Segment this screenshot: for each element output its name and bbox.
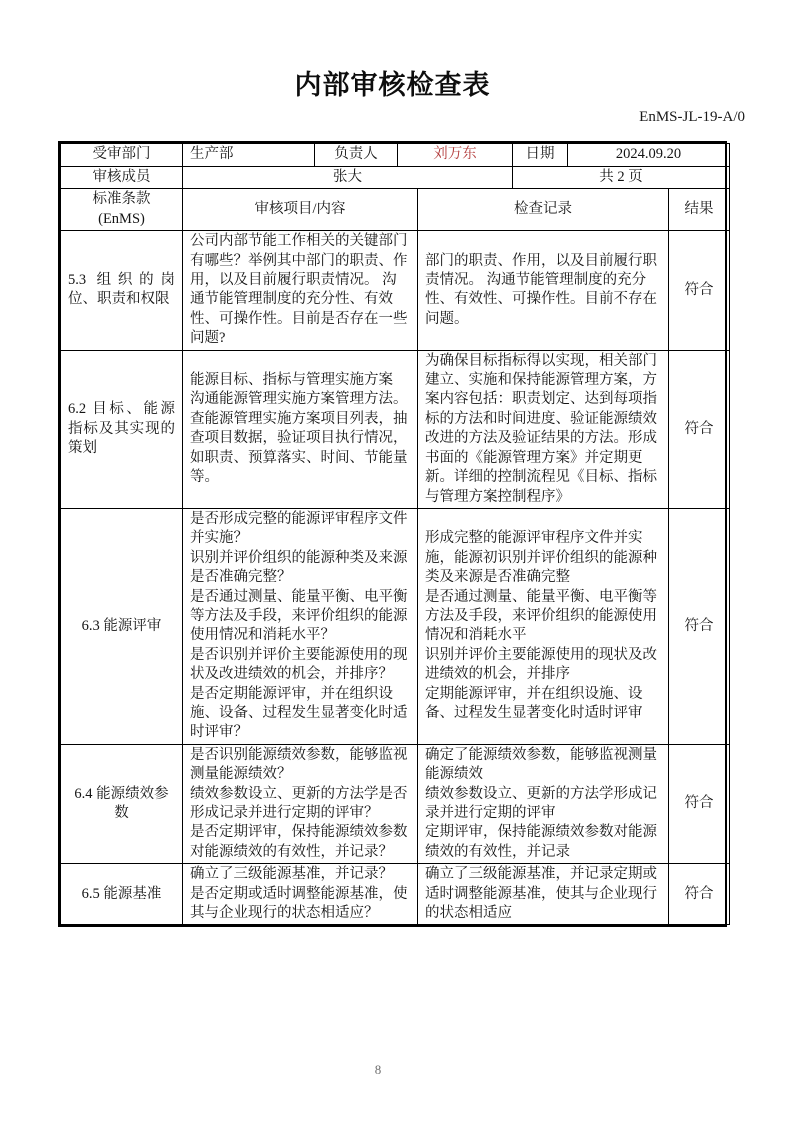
record-cell: 形成完整的能源评审程序文件并实施，能源初识别并评价组织的能源种类及来源是否准确完… <box>418 508 669 744</box>
record-cell: 部门的职责、作用，以及目前履行职责情况。 沟通节能管理制度的充分性、有效性、可操… <box>418 231 669 350</box>
record-paragraph: 识别并评价主要能源使用的现状及改进绩效的机会，并排序 <box>425 646 661 685</box>
checklist-table: 标准条款 (EnMS) 审核项目/内容 检查记录 结果 5.3 组织的岗位、职责… <box>60 189 730 925</box>
result-cell: 符合 <box>669 864 730 925</box>
audit-checklist-table: 受审部门 生产部 负责人 刘万东 日期 2024.09.20 审核成员 张大 共… <box>58 141 727 927</box>
content-paragraph: 公司内部节能工作相关的关键部门有哪些？举例其中部门的职责、作用，以及目前履行职责… <box>190 232 410 348</box>
record-paragraph: 是否通过测量、能量平衡、电平衡等方法及手段，来评价组织的能源使用情况和消耗水平 <box>425 588 661 646</box>
content-paragraph: 识别并评价组织的能源种类及来源是否准确完整？ <box>190 549 410 588</box>
content-paragraph: 是否形成完整的能源评审程序文件并实施？ <box>190 510 410 549</box>
responsible-value: 刘万东 <box>398 144 513 167</box>
table-row: 受审部门 生产部 负责人 刘万东 日期 2024.09.20 <box>61 144 730 167</box>
date-value: 2024.09.20 <box>568 144 730 167</box>
result-cell: 符合 <box>669 744 730 863</box>
audit-row-5-3: 5.3 组织的岗位、职责和权限 公司内部节能工作相关的关键部门有哪些？举例其中部… <box>61 231 730 350</box>
content-paragraph: 确立了三级能源基准，并记录？ <box>190 865 410 884</box>
content-paragraph: 是否识别并评价主要能源使用的现状及改进绩效的机会，并排序？ <box>190 646 410 685</box>
result-cell: 符合 <box>669 231 730 350</box>
content-paragraph: 是否通过测量、能量平衡、电平衡等方法及手段，来评价组织的能源使用情况和消耗水平？ <box>190 588 410 646</box>
col-header-clause-line2: (EnMS) <box>68 210 175 229</box>
record-cell: 确定了能源绩效参数，能够监视测量能源绩效 绩效参数设立、更新的方法学形成记录并进… <box>418 744 669 863</box>
col-header-clause: 标准条款 (EnMS) <box>61 189 183 230</box>
record-paragraph: 部门的职责、作用，以及目前履行职责情况。 沟通节能管理制度的充分性、有效性、可操… <box>425 252 661 330</box>
audit-members-label: 审核成员 <box>61 167 183 189</box>
content-paragraph: 是否识别能源绩效参数，能够监视测量能源绩效？ <box>190 746 410 785</box>
content-paragraph: 绩效参数设立、更新的方法学是否形成记录并进行定期的评审？ <box>190 785 410 824</box>
col-header-clause-line1: 标准条款 <box>68 190 175 209</box>
audit-row-6-2: 6.2 目标、能源指标及其实现的策划 能源目标、指标与管理实施方案 沟通能源管理… <box>61 350 730 508</box>
content-paragraph: 是否定期评审，保持能源绩效参数对能源绩效的有效性，并记录？ <box>190 823 410 862</box>
record-paragraph: 绩效参数设立、更新的方法学形成记录并进行定期的评审 <box>425 785 661 824</box>
audit-row-6-4: 6.4 能源绩效参数 是否识别能源绩效参数，能够监视测量能源绩效？ 绩效参数设立… <box>61 744 730 863</box>
result-cell: 符合 <box>669 350 730 508</box>
responsible-label: 负责人 <box>315 144 398 167</box>
record-paragraph: 为确保目标指标得以实现，相关部门建立、实施和保持能源管理方案，方案内容包括：职责… <box>425 352 661 507</box>
content-paragraph: 能源目标、指标与管理实施方案 沟通能源管理实施方案管理方法。 查能源管理实施方案… <box>190 371 410 487</box>
clause-cell: 6.5 能源基准 <box>61 864 183 925</box>
content-cell: 确立了三级能源基准，并记录？ 是否定期或适时调整能源基准，使其与企业现行的状态相… <box>183 864 418 925</box>
col-header-content: 审核项目/内容 <box>183 189 418 230</box>
content-cell: 是否形成完整的能源评审程序文件并实施？ 识别并评价组织的能源种类及来源是否准确完… <box>183 508 418 744</box>
doc-number: EnMS-JL-19-A/0 <box>58 108 745 127</box>
content-paragraph: 是否定期或适时调整能源基准，使其与企业现行的状态相适应？ <box>190 885 410 924</box>
record-paragraph: 定期能源评审，并在组织设施、设备、过程发生显著变化时适时评审 <box>425 685 661 724</box>
audit-row-6-3: 6.3 能源评审 是否形成完整的能源评审程序文件并实施？ 识别并评价组织的能源种… <box>61 508 730 744</box>
col-header-result: 结果 <box>669 189 730 230</box>
audit-members-value: 张大 <box>183 167 513 189</box>
content-cell: 公司内部节能工作相关的关键部门有哪些？举例其中部门的职责、作用，以及目前履行职责… <box>183 231 418 350</box>
content-cell: 是否识别能源绩效参数，能够监视测量能源绩效？ 绩效参数设立、更新的方法学是否形成… <box>183 744 418 863</box>
audited-dept-label: 受审部门 <box>61 144 183 167</box>
result-cell: 符合 <box>669 508 730 744</box>
clause-cell: 5.3 组织的岗位、职责和权限 <box>61 231 183 350</box>
header-row: 标准条款 (EnMS) 审核项目/内容 检查记录 结果 <box>61 189 730 230</box>
clause-cell: 6.2 目标、能源指标及其实现的策划 <box>61 350 183 508</box>
info-table: 受审部门 生产部 负责人 刘万东 日期 2024.09.20 审核成员 张大 共… <box>60 143 730 189</box>
audited-dept-value: 生产部 <box>183 144 315 167</box>
content-cell: 能源目标、指标与管理实施方案 沟通能源管理实施方案管理方法。 查能源管理实施方案… <box>183 350 418 508</box>
record-paragraph: 确立了三级能源基准，并记录定期或适时调整能源基准，使其与企业现行的状态相适应 <box>425 865 661 923</box>
record-paragraph: 形成完整的能源评审程序文件并实施，能源初识别并评价组织的能源种类及来源是否准确完… <box>425 529 661 587</box>
page-title: 内部审核检查表 <box>58 68 727 102</box>
content-paragraph: 是否定期能源评审，并在组织设施、设备、过程发生显著变化时适时评审？ <box>190 685 410 743</box>
document-content: 内部审核检查表 EnMS-JL-19-A/0 受审部门 生产部 负责人 刘万东 … <box>58 0 727 927</box>
clause-cell: 6.3 能源评审 <box>61 508 183 744</box>
table-row: 审核成员 张大 共 2 页 <box>61 167 730 189</box>
document-page: 内部审核检查表 EnMS-JL-19-A/0 受审部门 生产部 负责人 刘万东 … <box>0 0 800 1131</box>
col-header-record: 检查记录 <box>418 189 669 230</box>
record-cell: 确立了三级能源基准，并记录定期或适时调整能源基准，使其与企业现行的状态相适应 <box>418 864 669 925</box>
record-paragraph: 确定了能源绩效参数，能够监视测量能源绩效 <box>425 746 661 785</box>
page-number: 8 <box>0 1062 756 1078</box>
record-cell: 为确保目标指标得以实现，相关部门建立、实施和保持能源管理方案，方案内容包括：职责… <box>418 350 669 508</box>
audit-row-6-5: 6.5 能源基准 确立了三级能源基准，并记录？ 是否定期或适时调整能源基准，使其… <box>61 864 730 925</box>
date-label: 日期 <box>513 144 568 167</box>
record-paragraph: 定期评审，保持能源绩效参数对能源绩效的有效性，并记录 <box>425 823 661 862</box>
total-pages: 共 2 页 <box>513 167 730 189</box>
clause-cell: 6.4 能源绩效参数 <box>61 744 183 863</box>
